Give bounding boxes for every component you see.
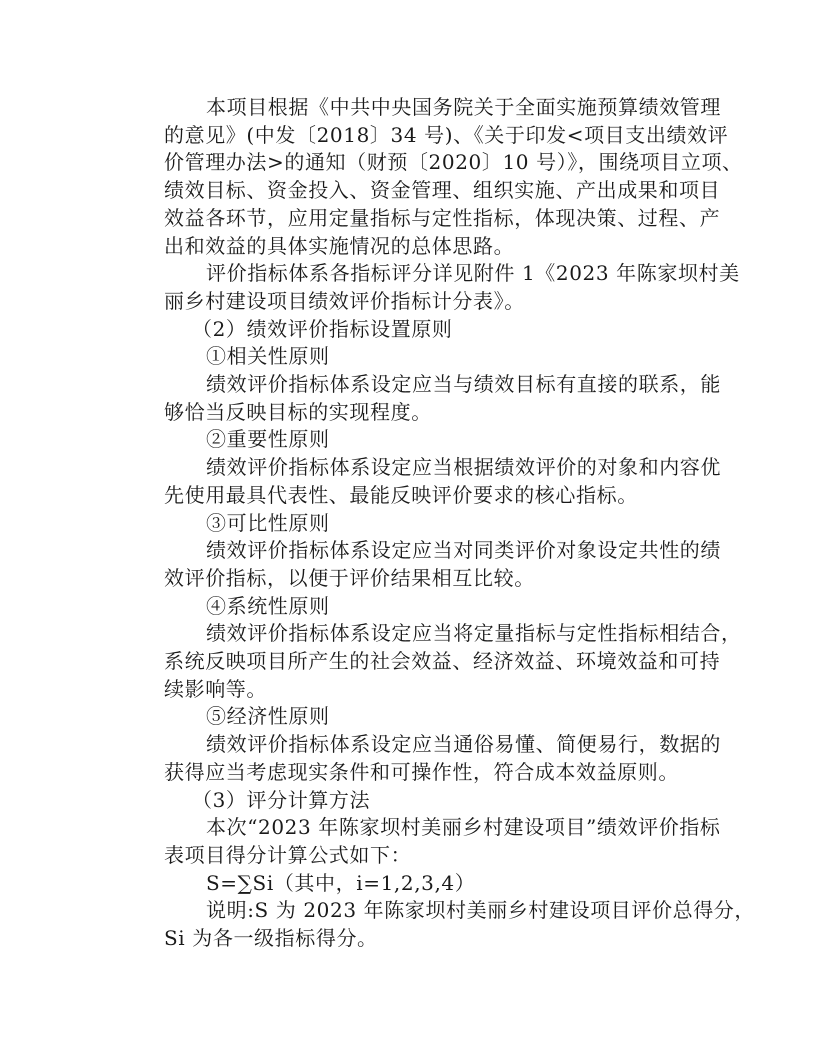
text-line: Si 为各一级指标得分。 [122, 925, 698, 953]
heading-text: （3）评分计算方法 [122, 787, 698, 815]
text-line: 绩效评价指标体系设定应当与绩效目标有直接的联系，能 [122, 371, 698, 399]
paragraph-scoring-intro: 本次“2023 年陈家坝村美丽乡村建设项目”绩效评价指标 表项目得分计算公式如下… [122, 814, 698, 869]
paragraph-index-reference: 评价指标体系各指标评分详见附件 1《2023 年陈家坝村美 丽乡村建设项目绩效评… [122, 260, 698, 315]
text-line: 出和效益的具体实施情况的总体思路。 [122, 233, 698, 261]
text-line: 绩效评价指标体系设定应当将定量指标与定性指标相结合， [122, 620, 698, 648]
text-line: 续影响等。 [122, 676, 698, 704]
text-line: 绩效目标、资金投入、资金管理、组织实施、产出成果和项目 [122, 177, 698, 205]
scoring-formula: S=∑Si（其中，i=1,2,3,4） [122, 870, 698, 898]
document-page: 本项目根据《中共中央国务院关于全面实施预算绩效管理 的意见》(中发〔2018〕3… [122, 94, 698, 953]
text-line: 本项目根据《中共中央国务院关于全面实施预算绩效管理 [122, 94, 698, 122]
paragraph-relevance: 绩效评价指标体系设定应当与绩效目标有直接的联系，能 够恰当反映目标的实现程度。 [122, 371, 698, 426]
paragraph-importance: 绩效评价指标体系设定应当根据绩效评价的对象和内容优 先使用最具代表性、最能反映评… [122, 454, 698, 509]
subheading-text: ①相关性原则 [122, 343, 698, 371]
text-line: 评价指标体系各指标评分详见附件 1《2023 年陈家坝村美 [122, 260, 698, 288]
principle-heading-comparability: ③可比性原则 [122, 510, 698, 538]
section-heading-2: （2）绩效评价指标设置原则 [122, 316, 698, 344]
text-line: 效评价指标，以便于评价结果相互比较。 [122, 565, 698, 593]
subheading-text: ④系统性原则 [122, 593, 698, 621]
principle-heading-systematic: ④系统性原则 [122, 593, 698, 621]
subheading-text: ②重要性原则 [122, 426, 698, 454]
paragraph-comparability: 绩效评价指标体系设定应当对同类评价对象设定共性的绩 效评价指标，以便于评价结果相… [122, 537, 698, 592]
principle-heading-economy: ⑤经济性原则 [122, 703, 698, 731]
text-line: 效益各环节，应用定量指标与定性指标，体现决策、过程、产 [122, 205, 698, 233]
paragraph-economy: 绩效评价指标体系设定应当通俗易懂、简便易行，数据的 获得应当考虑现实条件和可操作… [122, 731, 698, 786]
principle-heading-importance: ②重要性原则 [122, 426, 698, 454]
text-line: 绩效评价指标体系设定应当根据绩效评价的对象和内容优 [122, 454, 698, 482]
text-line: 本次“2023 年陈家坝村美丽乡村建设项目”绩效评价指标 [122, 814, 698, 842]
section-heading-3: （3）评分计算方法 [122, 787, 698, 815]
text-line: 表项目得分计算公式如下： [122, 842, 698, 870]
formula-text: S=∑Si（其中，i=1,2,3,4） [122, 870, 698, 898]
paragraph-systematic: 绩效评价指标体系设定应当将定量指标与定性指标相结合， 系统反映项目所产生的社会效… [122, 620, 698, 703]
heading-text: （2）绩效评价指标设置原则 [122, 316, 698, 344]
principle-heading-relevance: ①相关性原则 [122, 343, 698, 371]
text-line: 价管理办法>的通知（财预〔2020〕10 号）》，围绕项目立项、 [122, 149, 698, 177]
paragraph-formula-explanation: 说明:S 为 2023 年陈家坝村美丽乡村建设项目评价总得分， Si 为各一级指… [122, 897, 698, 952]
subheading-text: ⑤经济性原则 [122, 703, 698, 731]
text-line: 的意见》(中发〔2018〕34 号)、《关于印发<项目支出绩效评 [122, 122, 698, 150]
text-line: 说明:S 为 2023 年陈家坝村美丽乡村建设项目评价总得分， [122, 897, 698, 925]
text-line: 够恰当反映目标的实现程度。 [122, 399, 698, 427]
text-line: 丽乡村建设项目绩效评价指标计分表》。 [122, 288, 698, 316]
text-line: 系统反映项目所产生的社会效益、经济效益、环境效益和可持 [122, 648, 698, 676]
text-line: 获得应当考虑现实条件和可操作性，符合成本效益原则。 [122, 759, 698, 787]
paragraph-intro: 本项目根据《中共中央国务院关于全面实施预算绩效管理 的意见》(中发〔2018〕3… [122, 94, 698, 260]
subheading-text: ③可比性原则 [122, 510, 698, 538]
text-line: 绩效评价指标体系设定应当对同类评价对象设定共性的绩 [122, 537, 698, 565]
text-line: 绩效评价指标体系设定应当通俗易懂、简便易行，数据的 [122, 731, 698, 759]
text-line: 先使用最具代表性、最能反映评价要求的核心指标。 [122, 482, 698, 510]
